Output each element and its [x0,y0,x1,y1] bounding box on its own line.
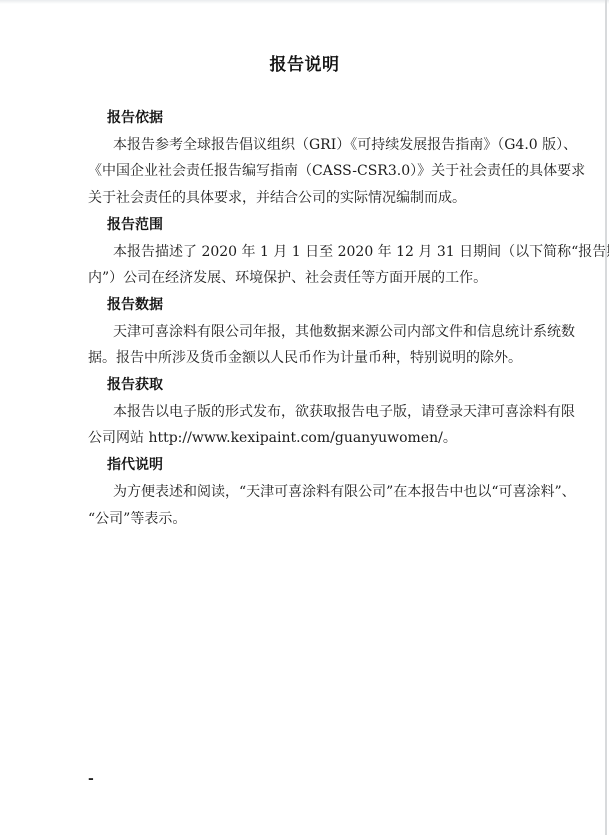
paragraph-line: 关于社会责任的具体要求，并结合公司的实际情况编制而成。 [88,185,521,212]
page-top-edge [0,0,609,4]
paragraph-line: 为方便表述和阅读，“天津可喜涂料有限公司”在本报告中也以“可喜涂料”、 [88,479,521,506]
section-report-access: 报告获取 本报告以电子版的形式发布，欲获取报告电子版，请登录天津可喜涂料有限 公… [88,372,521,452]
page-right-edge [605,0,607,835]
paragraph-line: 据。报告中所涉及货币金额以人民币作为计量币种，特别说明的除外。 [88,345,521,372]
document-body: 报告依据 本报告参考全球报告倡议组织（GRI）《可持续发展报告指南》（G4.0 … [88,105,521,532]
section-reference-note: 指代说明 为方便表述和阅读，“天津可喜涂料有限公司”在本报告中也以“可喜涂料”、… [88,452,521,532]
section-heading: 报告数据 [88,292,521,319]
paragraph-line: 本报告以电子版的形式发布，欲获取报告电子版，请登录天津可喜涂料有限 [88,399,521,426]
paragraph-line: “公司”等表示。 [88,506,521,533]
section-report-basis: 报告依据 本报告参考全球报告倡议组织（GRI）《可持续发展报告指南》（G4.0 … [88,105,521,212]
paragraph-line: 本报告参考全球报告倡议组织（GRI）《可持续发展报告指南》（G4.0 版）、 [88,132,521,159]
page-title: 报告说明 [0,0,609,75]
paragraph-line: 公司网站 http://www.kexipaint.com/guanyuwome… [88,425,521,452]
paragraph-line: 内”）公司在经济发展、环境保护、社会责任等方面开展的工作。 [88,265,521,292]
section-heading: 指代说明 [88,452,521,479]
document-page: 报告说明 报告依据 本报告参考全球报告倡议组织（GRI）《可持续发展报告指南》（… [0,0,609,835]
paragraph-line: 《中国企业社会责任报告编写指南（CASS-CSR3.0）》关于社会责任的具体要求 [88,158,521,185]
section-heading: 报告依据 [88,105,521,132]
paragraph-line: 本报告描述了 2020 年 1 月 1 日至 2020 年 12 月 31 日期… [88,239,521,266]
footer-dash-mark: - [88,766,94,793]
paragraph-line: 天津可喜涂料有限公司年报，其他数据来源公司内部文件和信息统计系统数 [88,319,521,346]
section-report-data: 报告数据 天津可喜涂料有限公司年报，其他数据来源公司内部文件和信息统计系统数 据… [88,292,521,372]
section-report-scope: 报告范围 本报告描述了 2020 年 1 月 1 日至 2020 年 12 月 … [88,212,521,292]
section-heading: 报告获取 [88,372,521,399]
section-heading: 报告范围 [88,212,521,239]
